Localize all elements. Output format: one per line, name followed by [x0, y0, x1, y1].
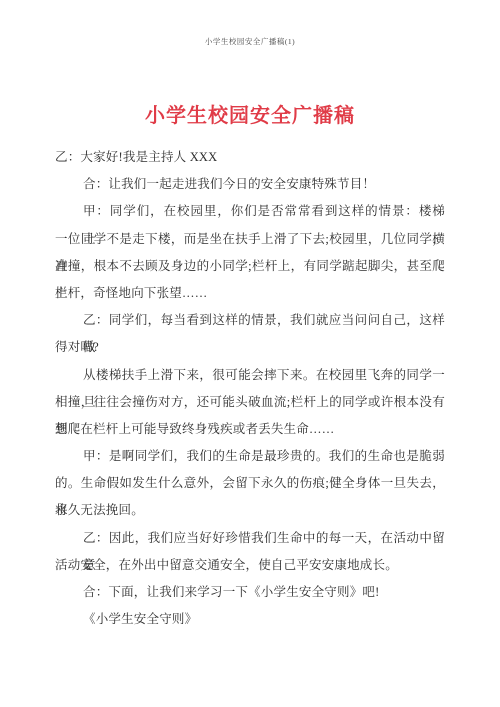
- text-line: 乙：大家好!我是主持人 XXX: [55, 144, 445, 171]
- text-line: 到爬在栏杆上可能导致终身残疾或者丢失生命……: [55, 416, 445, 443]
- text-line: 乙：同学们，每当看到这样的情景，我们就应当问问自己，这样做: [55, 307, 445, 334]
- text-line: 得对吗?: [55, 334, 445, 361]
- document-header-filename: 小学生校园安全广播稿(1): [0, 36, 500, 47]
- document-page: 小学生校园安全广播稿(1) 小学生校园安全广播稿 乙：大家好!我是主持人 XXX…: [0, 0, 500, 707]
- text-line: 从楼梯扶手上滑下来，很可能会摔下来。在校园里飞奔的同学一旦: [55, 362, 445, 389]
- page-title: 小学生校园安全广播稿: [0, 99, 500, 128]
- text-line: 一位同学不是走下楼，而是坐在扶手上滑了下去;校园里，几位同学横冲: [55, 226, 445, 253]
- text-line: 合：下面，让我们来学习一下《小学生安全守则》吧!: [55, 579, 445, 606]
- document-body: 乙：大家好!我是主持人 XXX合：让我们一起走进我们今日的安全安康特殊节目！甲：…: [55, 144, 445, 633]
- text-line: 直撞，根本不去顾及身边的小同学;栏杆上，有同学踮起脚尖，甚至爬上: [55, 253, 445, 280]
- text-line: 合：让我们一起走进我们今日的安全安康特殊节目！: [55, 171, 445, 198]
- text-line: 永久无法挽回。: [55, 497, 445, 524]
- text-line: 甲：同学们，在校园里，你们是否常常看到这样的情景：楼梯上，: [55, 198, 445, 225]
- text-line: 的。生命假如发生什么意外，会留下永久的伤痕;健全身体一旦失去，将: [55, 470, 445, 497]
- text-line: 相撞，往往会撞伤对方，还可能头破血流;栏杆上的同学或许根本没有想: [55, 389, 445, 416]
- text-line: 《小学生安全守则》: [55, 606, 445, 633]
- text-line: 活动安全，在外出中留意交通安全，使自己平安安康地成长。: [55, 552, 445, 579]
- text-line: 栏杆，奇怪地向下张望……: [55, 280, 445, 307]
- text-line: 乙：因此，我们应当好好珍惜我们生命中的每一天，在活动中留意: [55, 525, 445, 552]
- text-line: 甲：是啊同学们，我们的生命是最珍贵的。我们的生命也是脆弱: [55, 443, 445, 470]
